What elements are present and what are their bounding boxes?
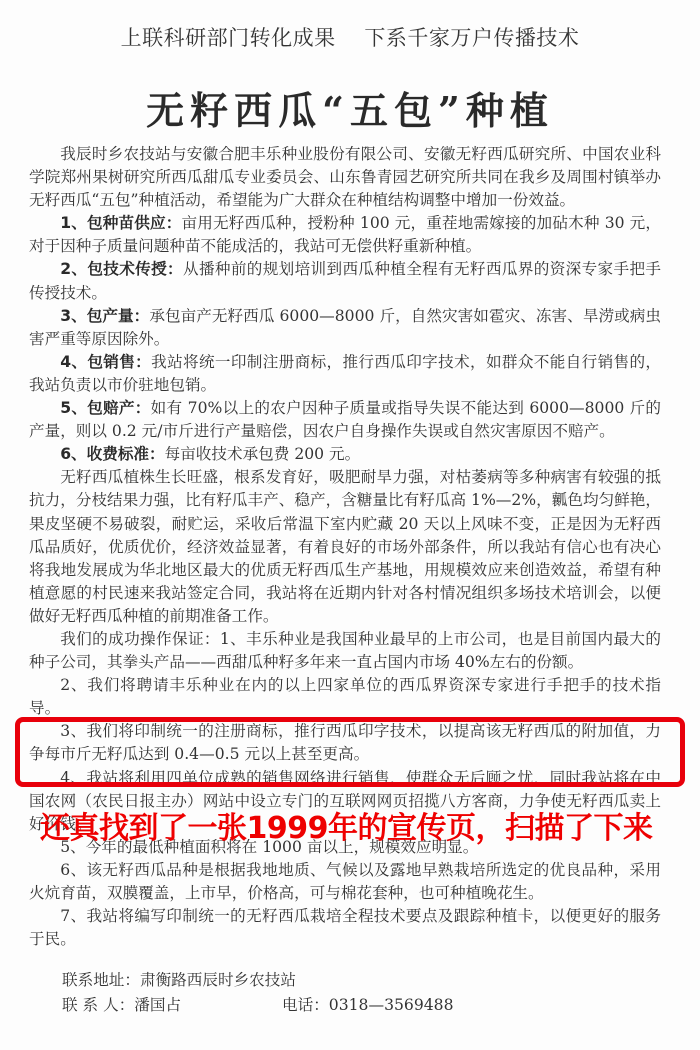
guarantee-lead: 6、收费标准： [60, 445, 164, 463]
guarantee-item-1: 1、包种苗供应：亩用无籽西瓜种，授粉种 100 元，重茬地需嫁接的加砧木种 30… [29, 212, 661, 258]
contact-value: 潘国占 [134, 996, 181, 1014]
guarantee-lead: 5、包赔产： [60, 399, 150, 417]
contact-footer: 联系地址：肃衡路西辰时乡农技站 联 系 人：潘国占电话：0318—3569488 [62, 968, 296, 1018]
phone-value: 0318—3569488 [329, 996, 454, 1014]
contact-label: 联 系 人： [62, 996, 134, 1014]
guarantee-lead: 3、包产量： [60, 307, 149, 325]
intro-paragraph: 我辰时乡农技站与安徽合肥丰乐种业股份有限公司、安徽无籽西瓜研究所、中国农业科学院… [29, 143, 661, 212]
phone-label: 电话： [282, 996, 329, 1014]
address-label: 联系地址： [62, 971, 140, 989]
phone-group: 电话：0318—3569488 [282, 993, 454, 1018]
guarantee-lead: 1、包种苗供应： [60, 214, 181, 232]
guarantee-item-6: 6、收费标准：每亩收技术承包费 200 元。 [29, 443, 661, 466]
contact-row: 联 系 人：潘国占电话：0318—3569488 [62, 993, 296, 1018]
guarantee-item-3: 3、包产量：承包亩产无籽西瓜 6000—8000 斤，自然灾害如雹灾、冻害、旱涝… [29, 305, 661, 351]
assurance-item-6: 6、该无籽西瓜品种是根据我地地质、气候以及露地早熟栽培所选定的优良品种，采用火炕… [29, 859, 661, 905]
guarantee-item-5: 5、包赔产：如有 70%以上的农户因种子质量或指导失误不能达到 6000—800… [29, 397, 661, 443]
flyer-title: 无籽西瓜“五包”种植 [0, 80, 700, 135]
guarantee-item-4: 4、包销售：我站将统一印制注册商标，推行西瓜印字技术，如群众不能自行销售的，我站… [29, 351, 661, 397]
assurance-item-1: 我们的成功操作保证：1、丰乐种业是我国种业最早的上市公司，也是目前国内最大的种子… [29, 628, 661, 674]
address-value: 肃衡路西辰时乡农技站 [140, 971, 296, 989]
assurance-item-7: 7、我站将编写印制统一的无籽西瓜栽培全程技术要点及跟踪种植卡，以便更好的服务于民… [29, 905, 661, 951]
guarantee-lead: 4、包销售： [60, 353, 151, 371]
highlight-box [15, 717, 685, 787]
flyer-subtitle: 上联科研部门转化成果 下系千家万户传播技术 [0, 22, 700, 52]
guarantee-lead: 2、包技术传授： [60, 260, 183, 278]
description-paragraph: 无籽西瓜植株生长旺盛，根系发育好，吸肥耐旱力强，对枯萎病等多种病害有较强的抵抗力… [29, 466, 661, 628]
guarantee-item-2: 2、包技术传授：从播种前的规划培训到西瓜种植全程有无籽西瓜界的资深专家手把手传授… [29, 258, 661, 304]
guarantee-text: 每亩收技术承包费 200 元。 [165, 445, 361, 463]
assurance-item-2: 2、我们将聘请丰乐种业在内的以上四家单位的西瓜界资深专家进行手把手的技术指导。 [29, 674, 661, 720]
address-row: 联系地址：肃衡路西辰时乡农技站 [62, 968, 296, 993]
overlay-caption: 还真找到了一张1999年的宣传页，扫描了下来 [40, 803, 680, 847]
scanned-flyer: 上联科研部门转化成果 下系千家万户传播技术 无籽西瓜“五包”种植 我辰时乡农技站… [0, 0, 700, 1050]
